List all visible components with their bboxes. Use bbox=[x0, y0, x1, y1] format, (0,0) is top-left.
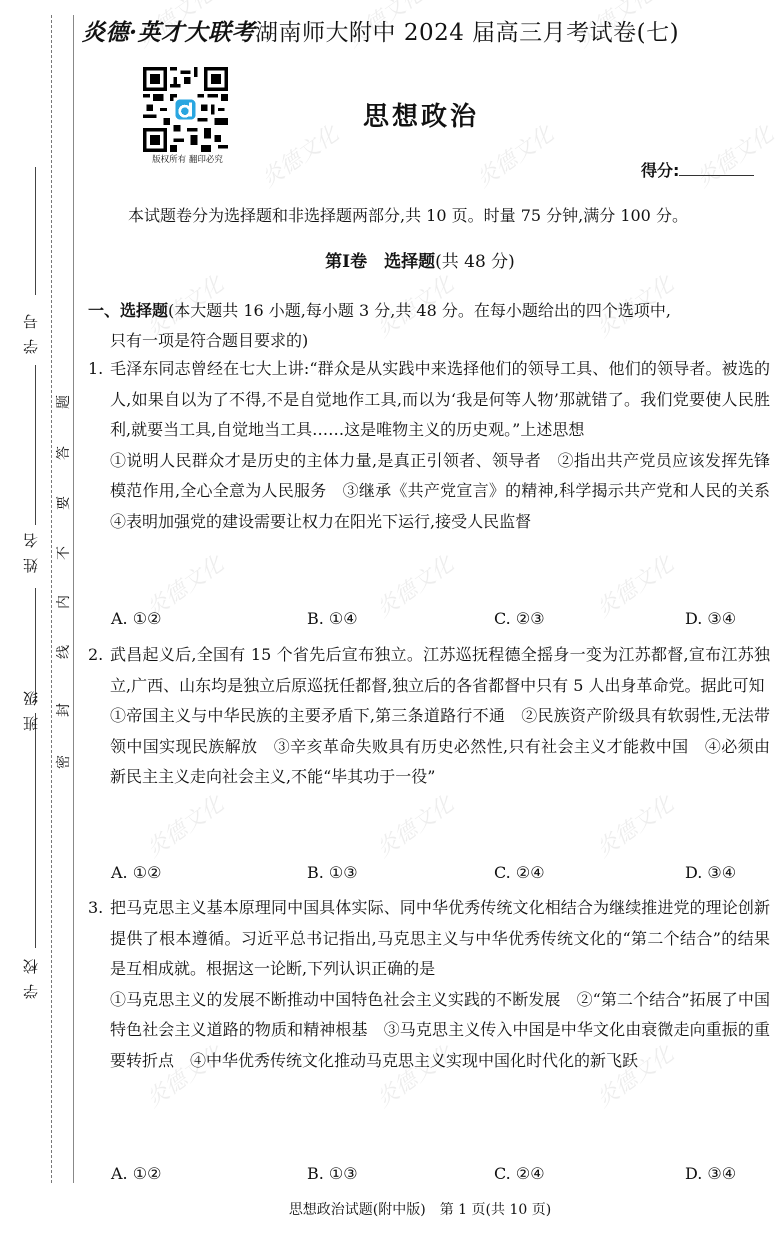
exam-intro: 本试题卷分为选择题和非选择题两部分,共 10 页。时量 75 分钟,满分 100… bbox=[128, 203, 688, 226]
exam-title: 炎德·英才大联考湖南师大附中 2024 届高三月考试卷(七) bbox=[82, 14, 772, 47]
field-underline bbox=[35, 167, 36, 295]
qr-code bbox=[143, 67, 228, 152]
field-label-school: 学校 bbox=[20, 948, 50, 1000]
choice-a[interactable]: A. ①② bbox=[111, 863, 161, 882]
choice-b[interactable]: B. ①③ bbox=[307, 1164, 358, 1183]
question-stem: 把马克思主义基本原理同中国具体实际、同中华优秀传统文化相结合为继续推进党的理论创… bbox=[110, 893, 770, 985]
score-label: 得分: bbox=[641, 161, 679, 180]
question-number: 2. bbox=[88, 640, 103, 671]
watermark: 炎德文化 bbox=[469, 118, 559, 194]
section-desc-2: 只有一项是符合题目要求的) bbox=[110, 326, 770, 356]
section-header: 一、选择题(本大题共 16 小题,每小题 3 分,共 48 分。在每小题给出的四… bbox=[88, 296, 770, 356]
choice-d[interactable]: D. ③④ bbox=[685, 1164, 736, 1183]
question-statements: ①说明人民群众才是历史的主体力量,是真正引领者、领导者 ②指出共产党员应该发挥先… bbox=[110, 446, 770, 538]
field-label-student-id: 学号 bbox=[20, 303, 50, 355]
section-label: 一、选择题 bbox=[88, 301, 168, 320]
answer-choices-2: A. ①② B. ①③ C. ②④ D. ③④ bbox=[111, 863, 771, 887]
question-stem: 武昌起义后,全国有 15 个省先后宣布独立。江苏巡抚程德全摇身一变为江苏都督,宣… bbox=[110, 640, 770, 701]
watermark: 炎德文化 bbox=[369, 788, 459, 864]
seal-char: 不 bbox=[53, 544, 73, 562]
part-title: 第Ⅰ卷 选择题(共 48 分) bbox=[0, 247, 780, 272]
exam-brand: 炎德·英才大联考 bbox=[82, 19, 255, 46]
question-stem: 毛泽东同志曾经在七大上讲:“群众是从实践中来选择他们的领导工具、他们的领导者。被… bbox=[110, 354, 770, 446]
choice-d[interactable]: D. ③④ bbox=[685, 609, 736, 628]
qr-caption: 版权所有 翻印必究 bbox=[140, 153, 235, 165]
question-number: 3. bbox=[88, 893, 103, 924]
choice-a[interactable]: A. ①② bbox=[111, 1164, 161, 1183]
part-title-main: 第Ⅰ卷 选择题 bbox=[325, 252, 435, 272]
choice-c[interactable]: C. ②④ bbox=[494, 1164, 545, 1183]
choice-d[interactable]: D. ③④ bbox=[685, 863, 736, 882]
watermark: 炎德文化 bbox=[689, 118, 779, 194]
question-number: 1. bbox=[88, 354, 103, 385]
seal-char: 线 bbox=[53, 643, 73, 661]
question-statements: ①帝国主义与中华民族的主要矛盾下,第三条道路行不通 ②民族资产阶级具有软弱性,无… bbox=[110, 701, 770, 793]
seal-char: 要 bbox=[53, 494, 73, 512]
watermark: 炎德文化 bbox=[254, 118, 344, 194]
field-underline bbox=[35, 818, 36, 948]
score-blank[interactable] bbox=[679, 161, 754, 176]
choice-b[interactable]: B. ①④ bbox=[307, 609, 358, 628]
watermark: 炎德文化 bbox=[139, 788, 229, 864]
question-3: 3. 把马克思主义基本原理同中国具体实际、同中华优秀传统文化相结合为继续推进党的… bbox=[88, 893, 770, 1076]
answer-choices-3: A. ①② B. ①③ C. ②④ D. ③④ bbox=[111, 1164, 771, 1188]
choice-c[interactable]: C. ②④ bbox=[494, 863, 545, 882]
seal-char: 答 bbox=[53, 444, 73, 462]
seal-char: 题 bbox=[53, 393, 73, 411]
seal-dotted-line bbox=[51, 15, 52, 1183]
choice-b[interactable]: B. ①③ bbox=[307, 863, 358, 882]
answer-choices-1: A. ①② B. ①④ C. ②③ D. ③④ bbox=[111, 609, 771, 633]
choice-c[interactable]: C. ②③ bbox=[494, 609, 545, 628]
seal-char: 密 bbox=[53, 753, 73, 771]
watermark: 炎德文化 bbox=[589, 788, 679, 864]
question-2: 2. 武昌起义后,全国有 15 个省先后宣布独立。江苏巡抚程德全摇身一变为江苏都… bbox=[88, 640, 770, 793]
section-desc-1: (本大题共 16 小题,每小题 3 分,共 48 分。在每小题给出的四个选项中, bbox=[168, 301, 671, 320]
seal-char: 封 bbox=[53, 701, 73, 719]
part-title-points: (共 48 分) bbox=[435, 252, 515, 272]
question-1: 1. 毛泽东同志曾经在七大上讲:“群众是从实践中来选择他们的领导工具、他们的领导… bbox=[88, 354, 770, 537]
seal-char: 内 bbox=[53, 593, 73, 611]
subject-title: 思想政治 bbox=[363, 96, 479, 133]
question-statements: ①马克思主义的发展不断推动中国特色社会主义实践的不断发展 ②“第二个结合”拓展了… bbox=[110, 985, 770, 1077]
score-field: 得分: bbox=[641, 158, 754, 181]
exam-name: 湖南师大附中 2024 届高三月考试卷(七) bbox=[255, 20, 679, 46]
page-footer: 思想政治试题(附中版) 第 1 页(共 10 页) bbox=[0, 1199, 780, 1219]
field-label-name: 姓名 bbox=[20, 522, 50, 574]
field-underline bbox=[35, 365, 36, 525]
field-label-class: 班级 bbox=[20, 680, 50, 732]
margin-border-line bbox=[73, 15, 74, 1183]
choice-a[interactable]: A. ①② bbox=[111, 609, 161, 628]
